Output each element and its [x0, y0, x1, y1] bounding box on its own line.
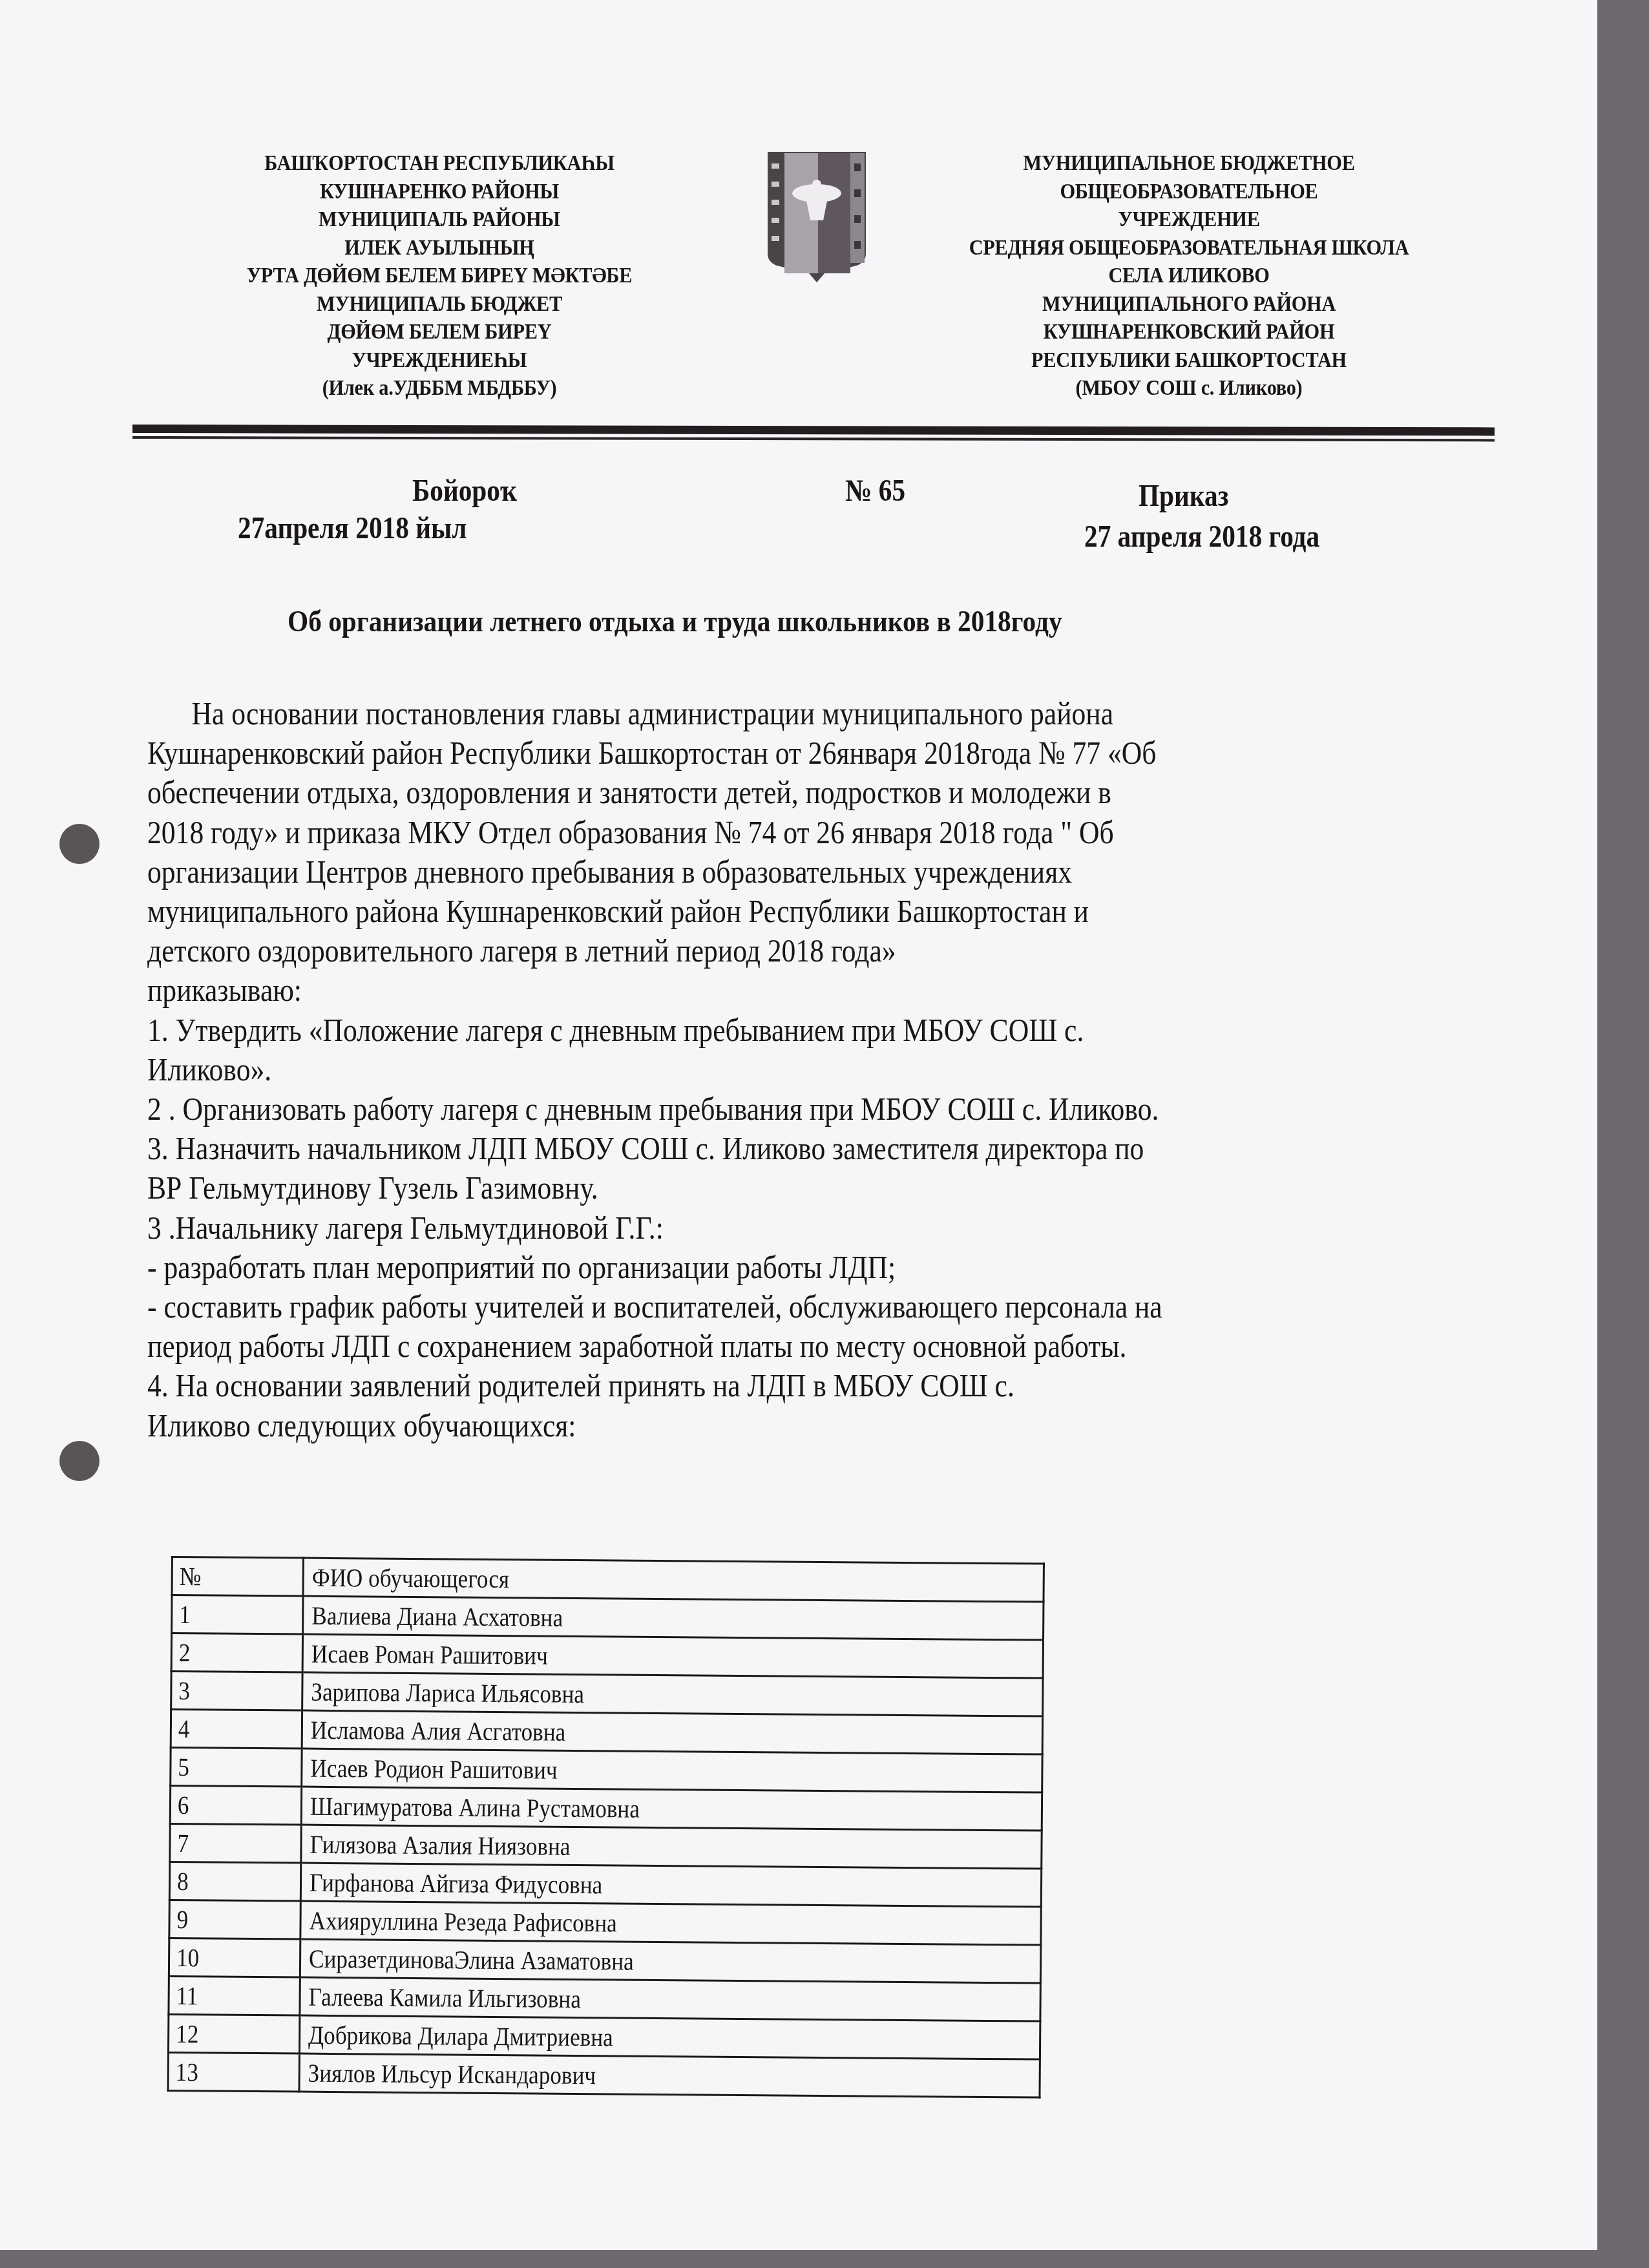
header-line: БАШҠОРТОСТАН РЕСПУБЛИКАҺЫ	[184, 150, 695, 178]
header-line: МУНИЦИПАЛЬНОГО РАЙОНА	[916, 291, 1462, 319]
header-line: КУШНАРЕНКО РАЙОНЫ	[184, 178, 695, 207]
student-name: СиразетдиноваЭлина Азаматовна	[309, 1942, 634, 1979]
body-line: Иликово следующих обучающихся:	[147, 1407, 1462, 1446]
row-number: 12	[176, 2017, 199, 2052]
row-number: 4	[178, 1712, 190, 1747]
body-line: приказываю:	[147, 971, 1462, 1011]
header-russian: МУНИЦИПАЛЬНОЕ БЮДЖЕТНОЕ ОБЩЕОБРАЗОВАТЕЛЬ…	[916, 150, 1462, 403]
row-number: 1	[179, 1597, 191, 1632]
header-line: УРТА ДӨЙӨМ БЕЛЕМ БИРЕҮ МӘКТӘБЕ	[184, 262, 695, 291]
header-line: МУНИЦИПАЛЬНОЕ БЮДЖЕТНОЕ	[916, 150, 1462, 178]
table-row: 4Исламова Алия Асгатовна	[171, 1710, 1042, 1755]
body-line: обеспечении отдыха, оздоровления и занят…	[147, 773, 1462, 813]
header-line: УЧРЕЖДЕНИЕ	[916, 206, 1462, 235]
table-row: 1Валиева Диана Асхатовна	[172, 1595, 1044, 1641]
student-name: Гилязова Азалия Ниязовна	[310, 1827, 570, 1864]
column-header-number: №	[172, 1557, 303, 1597]
body-line: 2018 году» и приказа МКУ Отдел образован…	[147, 814, 1462, 853]
body-line: организации Центров дневного пребывания …	[147, 853, 1462, 892]
header-line: СРЕДНЯЯ ОБЩЕОБРАЗОВАТЕЛЬНАЯ ШКОЛА	[916, 235, 1462, 263]
student-name: Зарипова Лариса Ильясовна	[311, 1675, 584, 1712]
body-line: 2 . Организовать работу лагеря с дневным…	[147, 1090, 1462, 1129]
table-row: 8Гирфанова Айгиза Фидусовна	[169, 1862, 1041, 1907]
header-divider-thin	[132, 436, 1495, 441]
header-line: МУНИЦИПАЛЬ РАЙОНЫ	[184, 206, 695, 235]
header-line: ДӨЙӨМ БЕЛЕМ БИРЕҮ	[184, 319, 695, 347]
order-date-bashkir: 27апреля 2018 йыл	[238, 510, 467, 546]
table-row: 11Галеева Камила Ильгизовна	[169, 1976, 1040, 2021]
student-name: Галеева Камила Ильгизовна	[308, 1980, 581, 2017]
body-line: 4. На основании заявлений родителей прин…	[147, 1367, 1462, 1406]
order-title-bashkir: Бойороҡ	[412, 473, 517, 509]
header-line: УЧРЕЖДЕНИЕҺЫ	[184, 347, 695, 375]
body-line: 3 .Начальнику лагеря Гельмутдиновой Г.Г.…	[147, 1209, 1462, 1248]
student-name: Валиева Диана Асхатовна	[311, 1599, 563, 1635]
header-line: ИЛЕК АУЫЛЫНЫҢ	[184, 235, 695, 263]
body-line: детского оздоровительного лагеря в летни…	[147, 932, 1462, 971]
student-name: Гирфанова Айгиза Фидусовна	[310, 1865, 603, 1903]
table-row: 3Зарипова Лариса Ильясовна	[171, 1672, 1043, 1717]
body-line: - составить график работы учителей и вос…	[147, 1288, 1462, 1327]
row-number: 7	[177, 1826, 189, 1861]
table-row: 5Исаев Родион Рашитович	[171, 1748, 1042, 1793]
header-line: РЕСПУБЛИКИ БАШКОРТОСТАН	[916, 347, 1462, 375]
student-name: Добрикова Дилара Дмитриевна	[308, 2018, 613, 2055]
row-number: 11	[176, 1979, 198, 2013]
header-divider-thick	[132, 425, 1495, 436]
body-line: Кушнаренковский район Республики Башкорт…	[147, 734, 1462, 773]
header-bashkir: БАШҠОРТОСТАН РЕСПУБЛИКАҺЫ КУШНАРЕНКО РАЙ…	[184, 150, 695, 403]
table-row: 12Добрикова Дилара Дмитриевна	[168, 2014, 1040, 2059]
header-line: СЕЛА ИЛИКОВО	[916, 262, 1462, 291]
body-line: 3. Назначить начальником ЛДП МБОУ СОШ с.…	[147, 1129, 1462, 1169]
header-line: ОБЩЕОБРАЗОВАТЕЛЬНОЕ	[916, 178, 1462, 207]
row-number: 13	[176, 2055, 199, 2090]
body-line: На основании постановления главы админис…	[147, 695, 1462, 734]
student-name: Шагимуратова Алина Рустамовна	[310, 1789, 640, 1827]
body-line: ВР Гельмутдинову Гузель Газимовну.	[147, 1169, 1462, 1208]
table-row: 7Гилязова Азалия Ниязовна	[170, 1823, 1042, 1869]
document-page: БАШҠОРТОСТАН РЕСПУБЛИКАҺЫ КУШНАРЕНКО РАЙ…	[0, 0, 1597, 2250]
column-header-name: ФИО обучающегося	[303, 1558, 1044, 1602]
row-number: 6	[178, 1788, 189, 1823]
students-table: № ФИО обучающегося 1Валиева Диана Асхато…	[167, 1556, 1044, 2099]
student-name: Ахияруллина Резеда Рафисовна	[309, 1904, 617, 1941]
body-line: период работы ЛДП с сохранением заработн…	[147, 1327, 1462, 1367]
punch-hole	[59, 1441, 100, 1481]
student-name: Исаев Роман Рашитович	[311, 1637, 548, 1674]
table-row: 6Шагимуратова Алина Рустамовна	[170, 1786, 1042, 1831]
table-row: 10СиразетдиноваЭлина Азаматовна	[169, 1938, 1040, 1983]
table-header-row: № ФИО обучающегося	[172, 1557, 1044, 1602]
body-line: - разработать план мероприятий по органи…	[147, 1248, 1462, 1288]
header-line: (МБОУ СОШ с. Иликово)	[916, 375, 1462, 403]
student-name: Зиялов Ильсур Искандарович	[308, 2056, 596, 2093]
header-line: (Илек а.УДББМ МБДББУ)	[184, 375, 695, 403]
body-line: Иликово».	[147, 1051, 1462, 1090]
coat-of-arms-icon	[766, 151, 867, 283]
document-body: На основании постановления главы админис…	[147, 695, 1462, 1446]
row-number: 10	[176, 1940, 200, 1975]
student-name: Исаев Родион Рашитович	[310, 1751, 558, 1788]
punch-hole	[59, 824, 100, 864]
student-name: Исламова Алия Асгатовна	[311, 1713, 566, 1750]
order-date-russian: 27 апреля 2018 года	[1084, 519, 1319, 554]
order-number: № 65	[845, 473, 905, 509]
order-title-russian: Приказ	[1139, 478, 1228, 514]
row-number: 8	[177, 1864, 189, 1899]
document-title: Об организации летнего отдыха и труда шк…	[288, 604, 1062, 639]
table-row: 9Ахияруллина Резеда Рафисовна	[169, 1900, 1041, 1945]
body-line: 1. Утвердить «Положение лагеря с дневным…	[147, 1011, 1462, 1051]
header-line: МУНИЦИПАЛЬ БЮДЖЕТ	[184, 291, 695, 319]
row-number: 5	[178, 1750, 189, 1785]
table-row: 13Зиялов Ильсур Искандарович	[168, 2052, 1040, 2097]
table-row: 2Исаев Роман Рашитович	[171, 1633, 1043, 1679]
header-line: КУШНАРЕНКОВСКИЙ РАЙОН	[916, 319, 1462, 347]
row-number: 9	[176, 1902, 188, 1937]
row-number: 3	[178, 1674, 190, 1708]
body-line: муниципального района Кушнаренковский ра…	[147, 892, 1462, 932]
row-number: 2	[179, 1635, 191, 1670]
